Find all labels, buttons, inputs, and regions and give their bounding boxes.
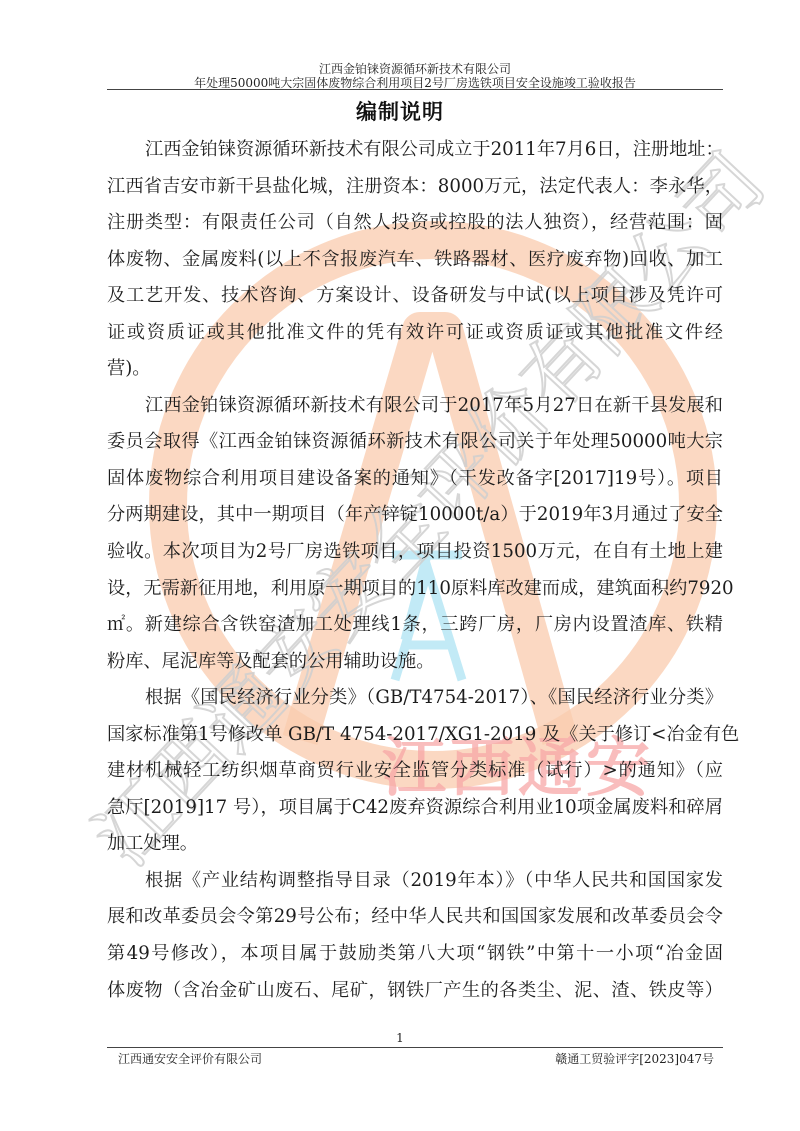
text-line: 加工处理。 [107, 826, 723, 863]
page-number: 1 [0, 1031, 800, 1045]
footer-company: 江西通安安全评价有限公司 [118, 1050, 262, 1067]
text-line: 体废物、金属废料(以上不含报废汽车、铁路器材、医疗废弃物)回收、加工 [107, 242, 723, 279]
text-line: 固体废物综合利用项目建设备案的通知》（干发改备字[2017]19号）。项目 [107, 461, 723, 498]
text-line: 根据《国民经济行业分类》（GB/T4754-2017）、《国民经济行业分类》 [107, 680, 723, 717]
page-title: 编制说明 [0, 96, 800, 126]
text-line: 第49号修改），本项目属于鼓励类第八大项“钢铁”中第十一小项“冶金固 [107, 936, 723, 973]
text-line: 建材机械轻工纺织烟草商贸行业安全监管分类标准（试行）>的通知》（应 [107, 753, 723, 790]
text-line: 分两期建设，其中一期项目（年产锌锭10000t/a）于2019年3月通过了安全 [107, 497, 723, 534]
text-line: 验收。本次项目为2号厂房选铁项目，项目投资1500万元，在自有土地上建 [107, 534, 723, 571]
footer-document-number: 赣通工贸验评字[2023]047号 [555, 1050, 714, 1067]
text-line: 根据《产业结构调整指导目录（2019年本）》（中华人民共和国国家发 [107, 863, 723, 900]
text-line: 急厅[2019]17 号），项目属于C42废弃资源综合利用业10项金属废料和碎屑 [107, 790, 723, 827]
footer-rule [107, 1047, 723, 1048]
text-line: 江西省吉安市新干县盐化城，注册资本：8000万元，法定代表人：李永华， [107, 169, 723, 206]
text-line: 证或资质证或其他批准文件的凭有效许可证或资质证或其他批准文件经 [107, 315, 723, 352]
text-line: 粉库、尾泥库等及配套的公用辅助设施。 [107, 644, 723, 681]
text-line: 注册类型：有限责任公司（自然人投资或控股的法人独资），经营范围：固 [107, 205, 723, 242]
header-rule [107, 89, 723, 90]
text-line: 委员会取得《江西金铂铼资源循环新技术有限公司关于年处理50000吨大宗 [107, 424, 723, 461]
body-text: 江西金铂铼资源循环新技术有限公司成立于2011年7月6日，注册地址： 江西省吉安… [107, 132, 723, 1009]
text-line: 展和改革委员会令第29号公布；经中华人民共和国国家发展和改革委员会令 [107, 899, 723, 936]
text-line: 国家标准第1号修改单 GB/T 4754-2017/XG1-2019 及《关于修… [107, 717, 723, 754]
text-line: 江西金铂铼资源循环新技术有限公司于2017年5月27日在新干县发展和 [107, 388, 723, 425]
text-line: 体废物（含冶金矿山废石、尾矿，钢铁厂产生的各类尘、泥、渣、铁皮等） [107, 973, 723, 1010]
text-line: 设，无需新征用地，利用原一期项目的110原料库改建而成，建筑面积约7920 [107, 571, 723, 608]
text-line: ㎡。新建综合含铁窑渣加工处理线1条，三跨厂房，厂房内设置渣库、铁精 [107, 607, 723, 644]
text-line: 营)。 [107, 351, 723, 388]
document-page: 江西金铂铼资源循环新技术有限公司 年处理50000吨大宗固体废物综合利用项目2号… [0, 0, 800, 1131]
text-line: 及工艺开发、技术咨询、方案设计、设备研发与中试(以上项目涉及凭许可 [107, 278, 723, 315]
text-line: 江西金铂铼资源循环新技术有限公司成立于2011年7月6日，注册地址： [107, 132, 723, 169]
